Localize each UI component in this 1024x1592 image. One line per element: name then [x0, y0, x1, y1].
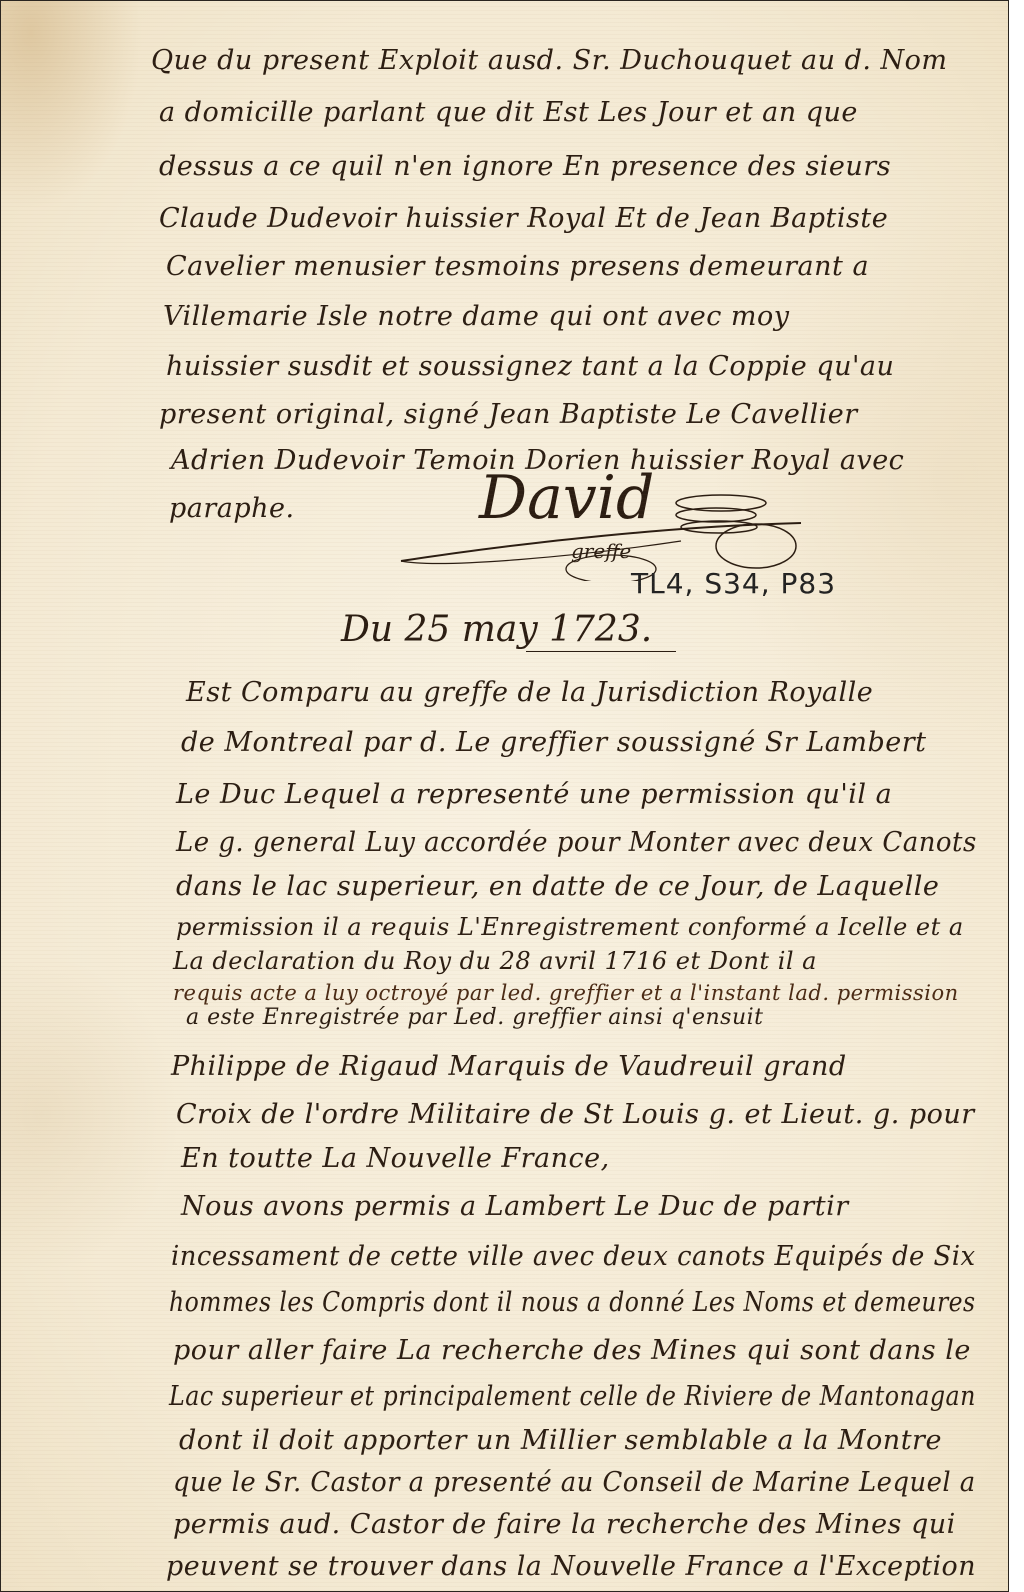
manuscript-line: de Montreal par d. Le greffier soussigné…	[181, 727, 926, 758]
date-underline	[526, 651, 676, 652]
manuscript-line: a este Enregistrée par Led. greffier ain…	[186, 1005, 764, 1030]
manuscript-line: Philippe de Rigaud Marquis de Vaudreuil …	[171, 1051, 847, 1082]
manuscript-line: Lac superieur et principalement celle de…	[169, 1381, 976, 1412]
manuscript-line: Le Duc Lequel a representé une permissio…	[176, 779, 892, 810]
manuscript-line: incessament de cette ville avec deux can…	[171, 1241, 976, 1272]
manuscript-line: Que du present Exploit ausd. Sr. Duchouq…	[151, 45, 948, 76]
archive-reference: TL4, S34, P83	[631, 567, 836, 600]
manuscript-line: Est Comparu au greffe de la Jurisdiction…	[186, 677, 873, 708]
manuscript-line: La declaration du Roy du 28 avril 1716 e…	[173, 947, 817, 975]
manuscript-line: permission il a requis L'Enregistrement …	[176, 913, 964, 941]
signature-name: David	[479, 463, 654, 533]
manuscript-line: hommes les Compris dont il nous a donné …	[169, 1287, 976, 1318]
manuscript-line: Le g. general Luy accordée pour Monter a…	[176, 827, 977, 858]
manuscript-line: dessus a ce quil n'en ignore En presence…	[159, 151, 891, 182]
signature-title: greffe	[571, 539, 631, 563]
manuscript-line: paraphe.	[169, 493, 295, 524]
manuscript-line: permis aud. Castor de faire la recherche…	[173, 1509, 956, 1540]
date-heading: Du 25 may 1723.	[341, 609, 652, 650]
manuscript-line: Nous avons permis a Lambert Le Duc de pa…	[181, 1191, 849, 1222]
manuscript-line: Cavelier menusier tesmoins presens demeu…	[166, 251, 869, 282]
manuscript-line: dont il doit apporter un Millier semblab…	[179, 1425, 942, 1456]
manuscript-line: que le Sr. Castor a presenté au Conseil …	[173, 1467, 976, 1498]
manuscript-page: Que du present Exploit ausd. Sr. Duchouq…	[0, 0, 1009, 1592]
manuscript-line: Claude Dudevoir huissier Royal Et de Jea…	[159, 203, 888, 234]
manuscript-line: huissier susdit et soussignez tant a la …	[166, 351, 894, 382]
manuscript-line: peuvent se trouver dans la Nouvelle Fran…	[166, 1551, 976, 1582]
manuscript-line: requis acte a luy octroyé par led. greff…	[173, 981, 959, 1005]
manuscript-line: dans le lac superieur, en datte de ce Jo…	[176, 871, 939, 902]
manuscript-line: Villemarie Isle notre dame qui ont avec …	[163, 301, 790, 332]
manuscript-line: present original, signé Jean Baptiste Le…	[159, 399, 858, 430]
manuscript-line: pour aller faire La recherche des Mines …	[173, 1335, 971, 1366]
manuscript-line: En toutte La Nouvelle France,	[181, 1143, 610, 1174]
manuscript-line: Croix de l'ordre Militaire de St Louis g…	[176, 1099, 975, 1130]
manuscript-line: a domicille parlant que dit Est Les Jour…	[159, 97, 858, 128]
